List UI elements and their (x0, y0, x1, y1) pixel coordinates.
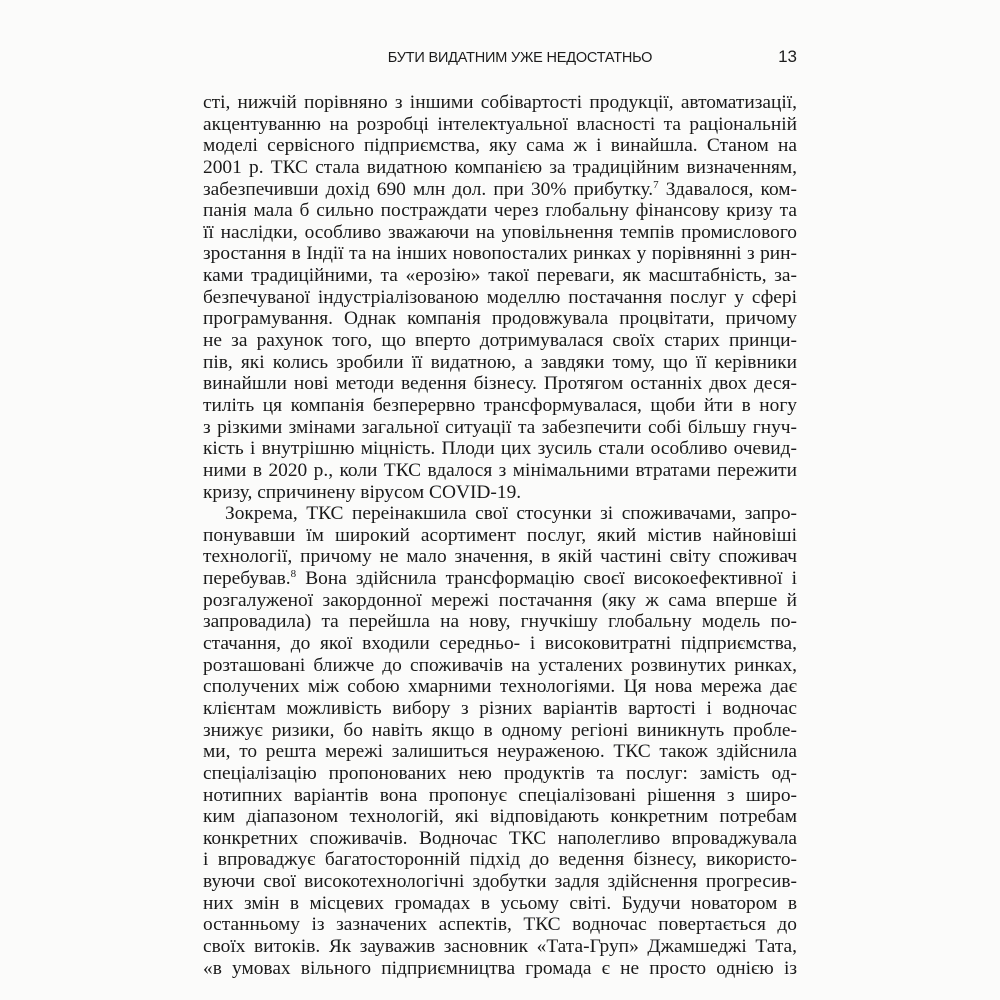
text-line: зростання в Індії та на інших новопостал… (203, 243, 797, 265)
text-line: кризу, спричинену вірусом COVID-19. (203, 482, 797, 504)
text-line: сполучених між собою хмарними технологія… (203, 676, 797, 698)
text-line: розгалуженої закордонної мережі постачан… (203, 590, 797, 612)
text-line: ними в 2020 р., коли ТКС вдалося з мінім… (203, 460, 797, 482)
text-line: акцентуванню на розробці інтелектуальної… (203, 114, 797, 136)
text-line: перебував.8 Вона здійснила трансформацію… (203, 568, 797, 590)
text-line: вуючи свої високотехнологічні здобутки з… (203, 871, 797, 893)
text-line: конкретних споживачів. Водночас ТКС напо… (203, 828, 797, 850)
text-line: безпечуваної індустріалізованою моделлю … (203, 287, 797, 309)
text-line: сті, нижчій порівняно з іншими собіварто… (203, 92, 797, 114)
text-line: 2001 р. ТКС стала видатною компанією за … (203, 157, 797, 179)
text-line: її наслідки, особливо зважаючи на уповіл… (203, 222, 797, 244)
text-line: програмування. Однак компанія продовжува… (203, 308, 797, 330)
text-line: технології, причому не мало значення, в … (203, 546, 797, 568)
text-line: нотипних варіантів вона пропонує спеціал… (203, 785, 797, 807)
text-line: винайшли нові методи ведення бізнесу. Пр… (203, 373, 797, 395)
footnote-marker: 7 (653, 179, 659, 191)
text-line: знижує ризики, бо навіть якщо в одному р… (203, 720, 797, 742)
text-line: своїх витоків. Як зауважив засновник «Та… (203, 936, 797, 958)
text-line: моделі сервісного підприємства, яку сама… (203, 135, 797, 157)
text-line: ким діапазоном технологій, які відповіда… (203, 806, 797, 828)
text-line: понувавши їм широкий асортимент послуг, … (203, 525, 797, 547)
text-line: тиліть ця компанія безперервно трансформ… (203, 395, 797, 417)
text-line: з різкими змінами загальної ситуації та … (203, 417, 797, 439)
page-number: 13 (778, 47, 797, 67)
text-line: останньому із зазначених аспектів, ТКС в… (203, 914, 797, 936)
body-text: сті, нижчій порівняно з іншими собіварто… (203, 92, 797, 979)
footnote-marker: 8 (291, 568, 297, 580)
text-line: кість і внутрішню міцність. Плоди цих зу… (203, 438, 797, 460)
text-line: ми, то решта мережі залишиться неуражено… (203, 741, 797, 763)
text-line: розташовані ближче до споживачів на уста… (203, 655, 797, 677)
text-line: ками традиційними, та «ерозію» такої пер… (203, 265, 797, 287)
running-title: БУТИ ВИДАТНИМ УЖЕ НЕДОСТАТНЬО (203, 50, 797, 66)
text-line: «в умовах вільного підприємництва громад… (203, 958, 797, 980)
paragraph: Зокрема, ТКС переінакшила свої стосунки … (203, 503, 797, 979)
text-line: забезпечивши дохід 690 млн дол. при 30% … (203, 179, 797, 201)
text-line: панія мала б сильно постраждати через гл… (203, 200, 797, 222)
text-line: клієнтам можливість вибору з різних варі… (203, 698, 797, 720)
text-line: спеціалізацію пропонованих нею продуктів… (203, 763, 797, 785)
text-line: запровадила) та перейшла на нову, гнучкі… (203, 611, 797, 633)
text-line: них змін в місцевих громадах в усьому св… (203, 893, 797, 915)
text-line: і впроваджує багатосторонній підхід до в… (203, 849, 797, 871)
text-line: стачання, до якої входили середньо- і ви… (203, 633, 797, 655)
page-header: БУТИ ВИДАТНИМ УЖЕ НЕДОСТАТНЬО 13 (203, 47, 797, 71)
text-line: пів, які колись зробили її видатною, а з… (203, 352, 797, 374)
text-line: Зокрема, ТКС переінакшила свої стосунки … (203, 503, 797, 525)
paragraph: сті, нижчій порівняно з іншими собіварто… (203, 92, 797, 503)
text-line: не за рахунок того, що вперто дотримувал… (203, 330, 797, 352)
